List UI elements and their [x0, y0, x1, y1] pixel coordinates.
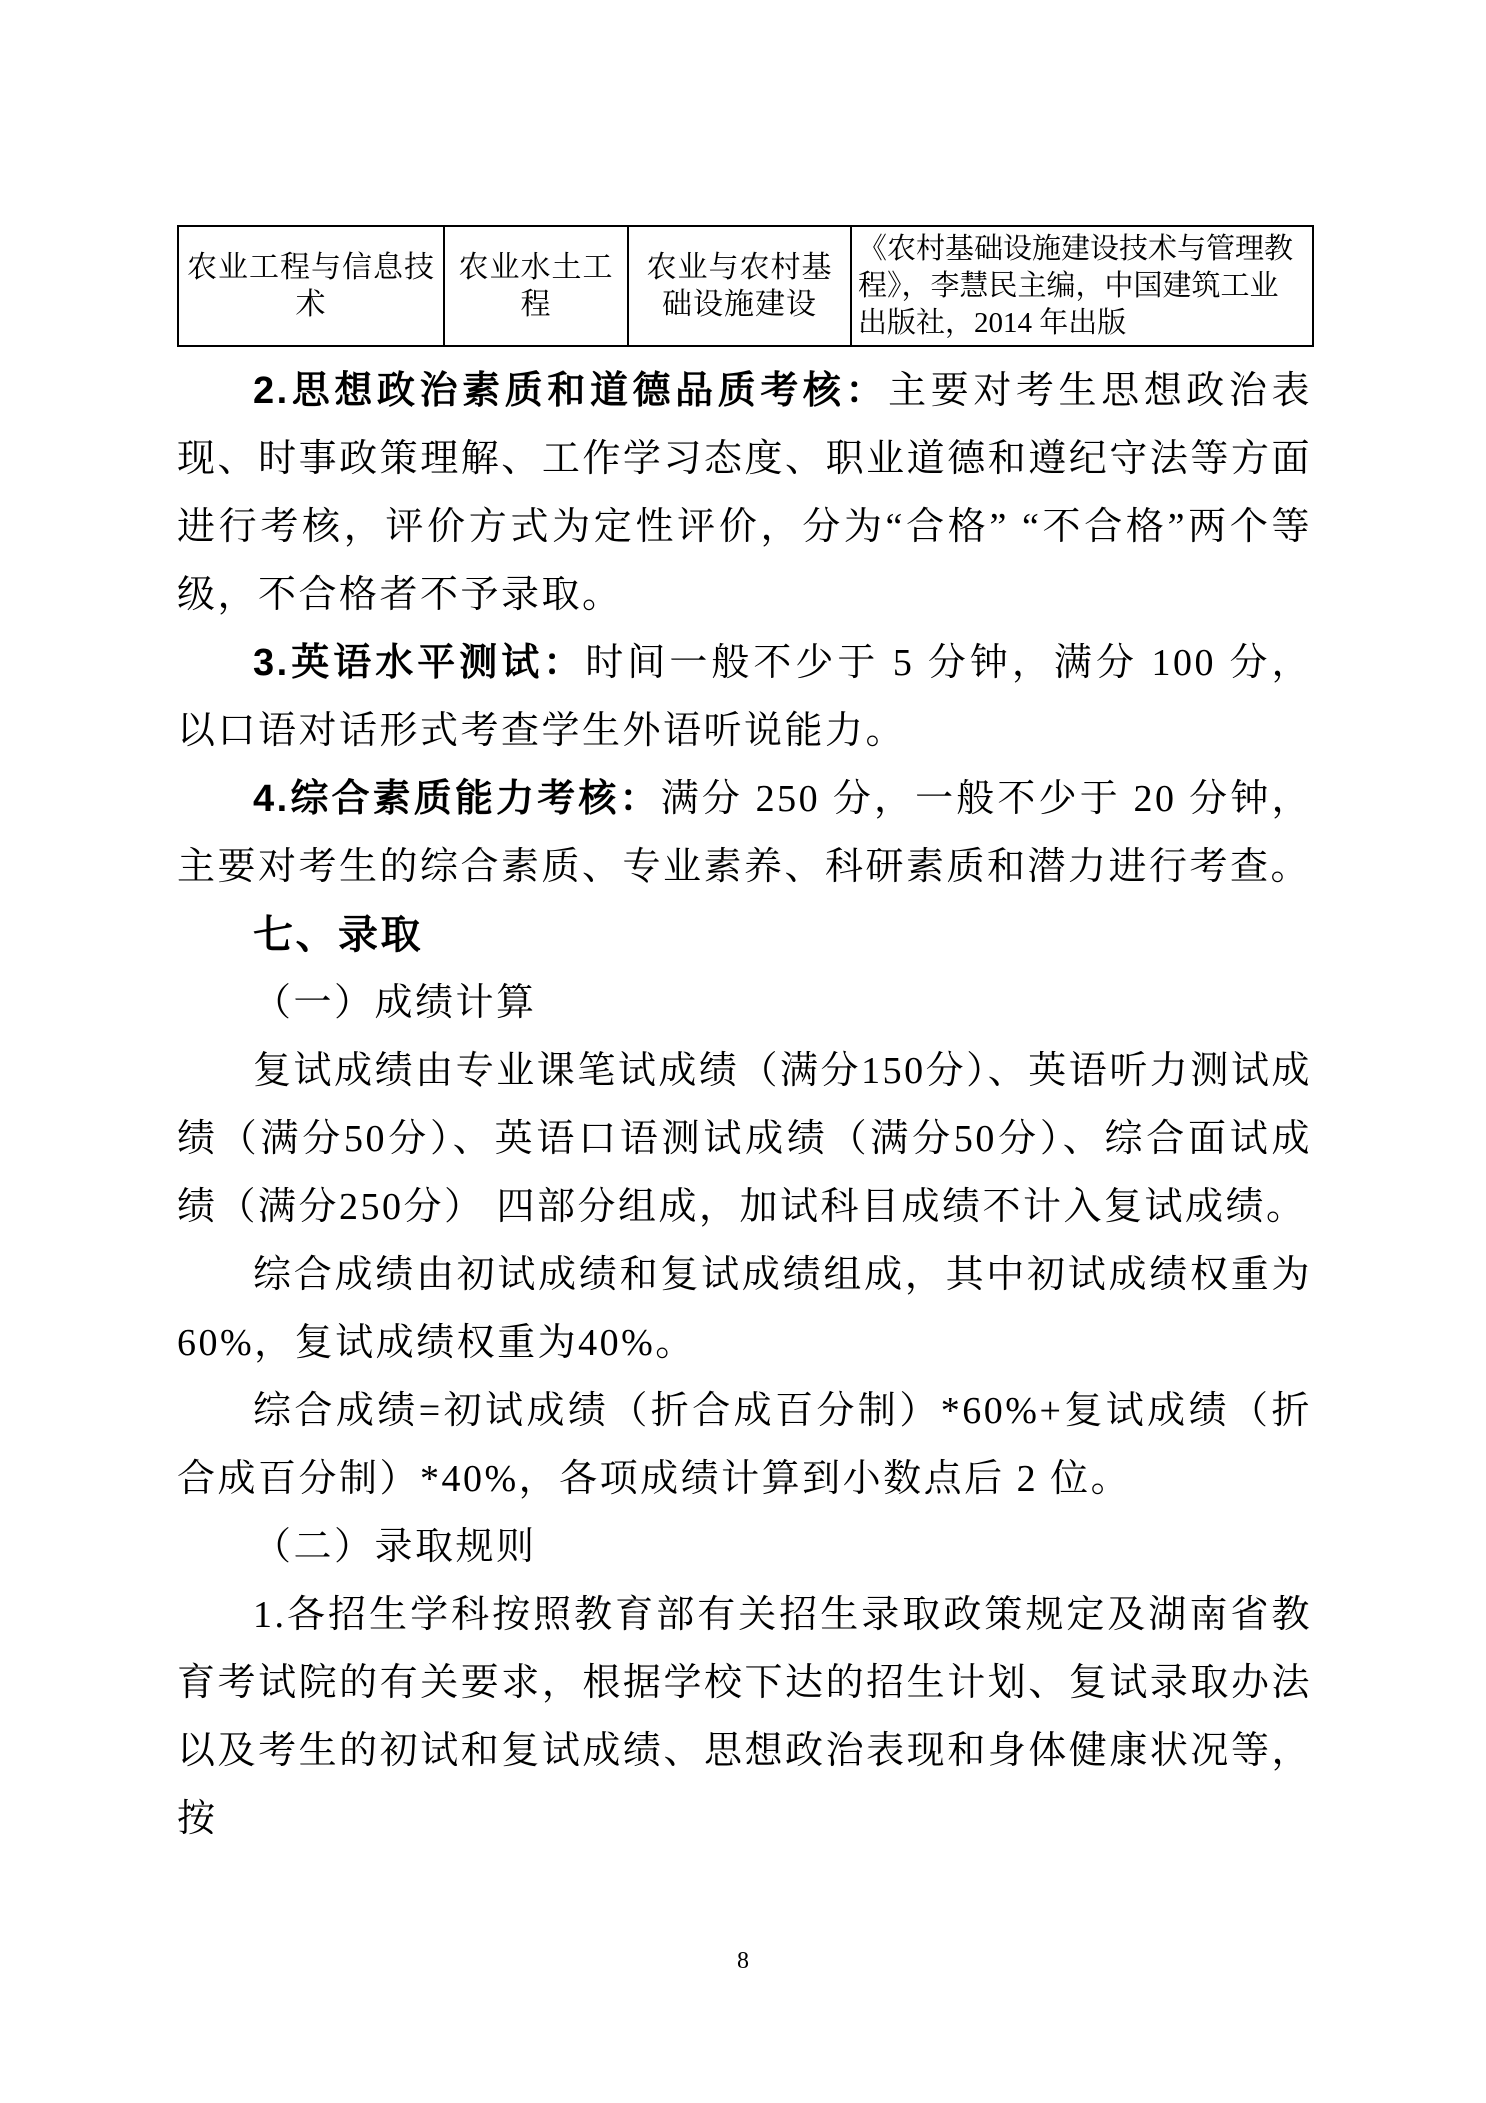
paragraph-political-quality-assessment: 2.思想政治素质和道德品质考核：主要对考生思想政治表现、时事政策理解、工作学习态…: [177, 357, 1312, 629]
table-cell-field: 农业水土工程: [444, 226, 628, 346]
paragraph-comprehensive-assessment-lead: 4.综合素质能力考核：: [253, 778, 661, 820]
document-content: 农业工程与信息技术 农业水土工程 农业与农村基础设施建设 《农村基础设施建设技术…: [177, 225, 1312, 1853]
table-cell-subject: 农业与农村基础设施建设: [628, 226, 851, 346]
paragraph-retest-score-composition: 复试成绩由专业课笔试成绩（满分150分）、英语听力测试成绩（满分50分）、英语口…: [177, 1037, 1312, 1241]
paragraph-political-quality-lead: 2.思想政治素质和道德品质考核：: [253, 370, 888, 412]
paragraph-comprehensive-assessment: 4.综合素质能力考核：满分 250 分，一般不少于 20 分钟，主要对考生的综合…: [177, 765, 1312, 901]
paragraph-english-test-lead: 3.英语水平测试：: [253, 642, 585, 684]
paragraph-admission-rule-1: 1.各招生学科按照教育部有关招生录取政策规定及湖南省教育考试院的有关要求，根据学…: [177, 1581, 1312, 1853]
subsection-heading-admission-rules: （二）录取规则: [177, 1513, 1312, 1581]
paragraph-composite-score-weights: 综合成绩由初试成绩和复试成绩组成，其中初试成绩权重为60%，复试成绩权重为40%…: [177, 1241, 1312, 1377]
table-row: 农业工程与信息技术 农业水土工程 农业与农村基础设施建设 《农村基础设施建设技术…: [178, 226, 1313, 346]
reference-books-table: 农业工程与信息技术 农业水土工程 农业与农村基础设施建设 《农村基础设施建设技术…: [177, 225, 1314, 347]
section-heading-admission: 七、录取: [177, 901, 1312, 969]
paragraph-english-test: 3.英语水平测试：时间一般不少于 5 分钟，满分 100 分，以口语对话形式考查…: [177, 629, 1312, 765]
page-number: 8: [0, 1946, 1486, 1976]
subsection-heading-score-calculation: （一）成绩计算: [177, 969, 1312, 1037]
table-cell-reference-book: 《农村基础设施建设技术与管理教程》，李慧民主编，中国建筑工业出版社，2014 年…: [851, 226, 1313, 346]
table-cell-program: 农业工程与信息技术: [178, 226, 444, 346]
document-page: 农业工程与信息技术 农业水土工程 农业与农村基础设施建设 《农村基础设施建设技术…: [0, 0, 1486, 2103]
paragraph-composite-score-formula: 综合成绩=初试成绩（折合成百分制）*60%+复试成绩（折合成百分制）*40%，各…: [177, 1377, 1312, 1513]
